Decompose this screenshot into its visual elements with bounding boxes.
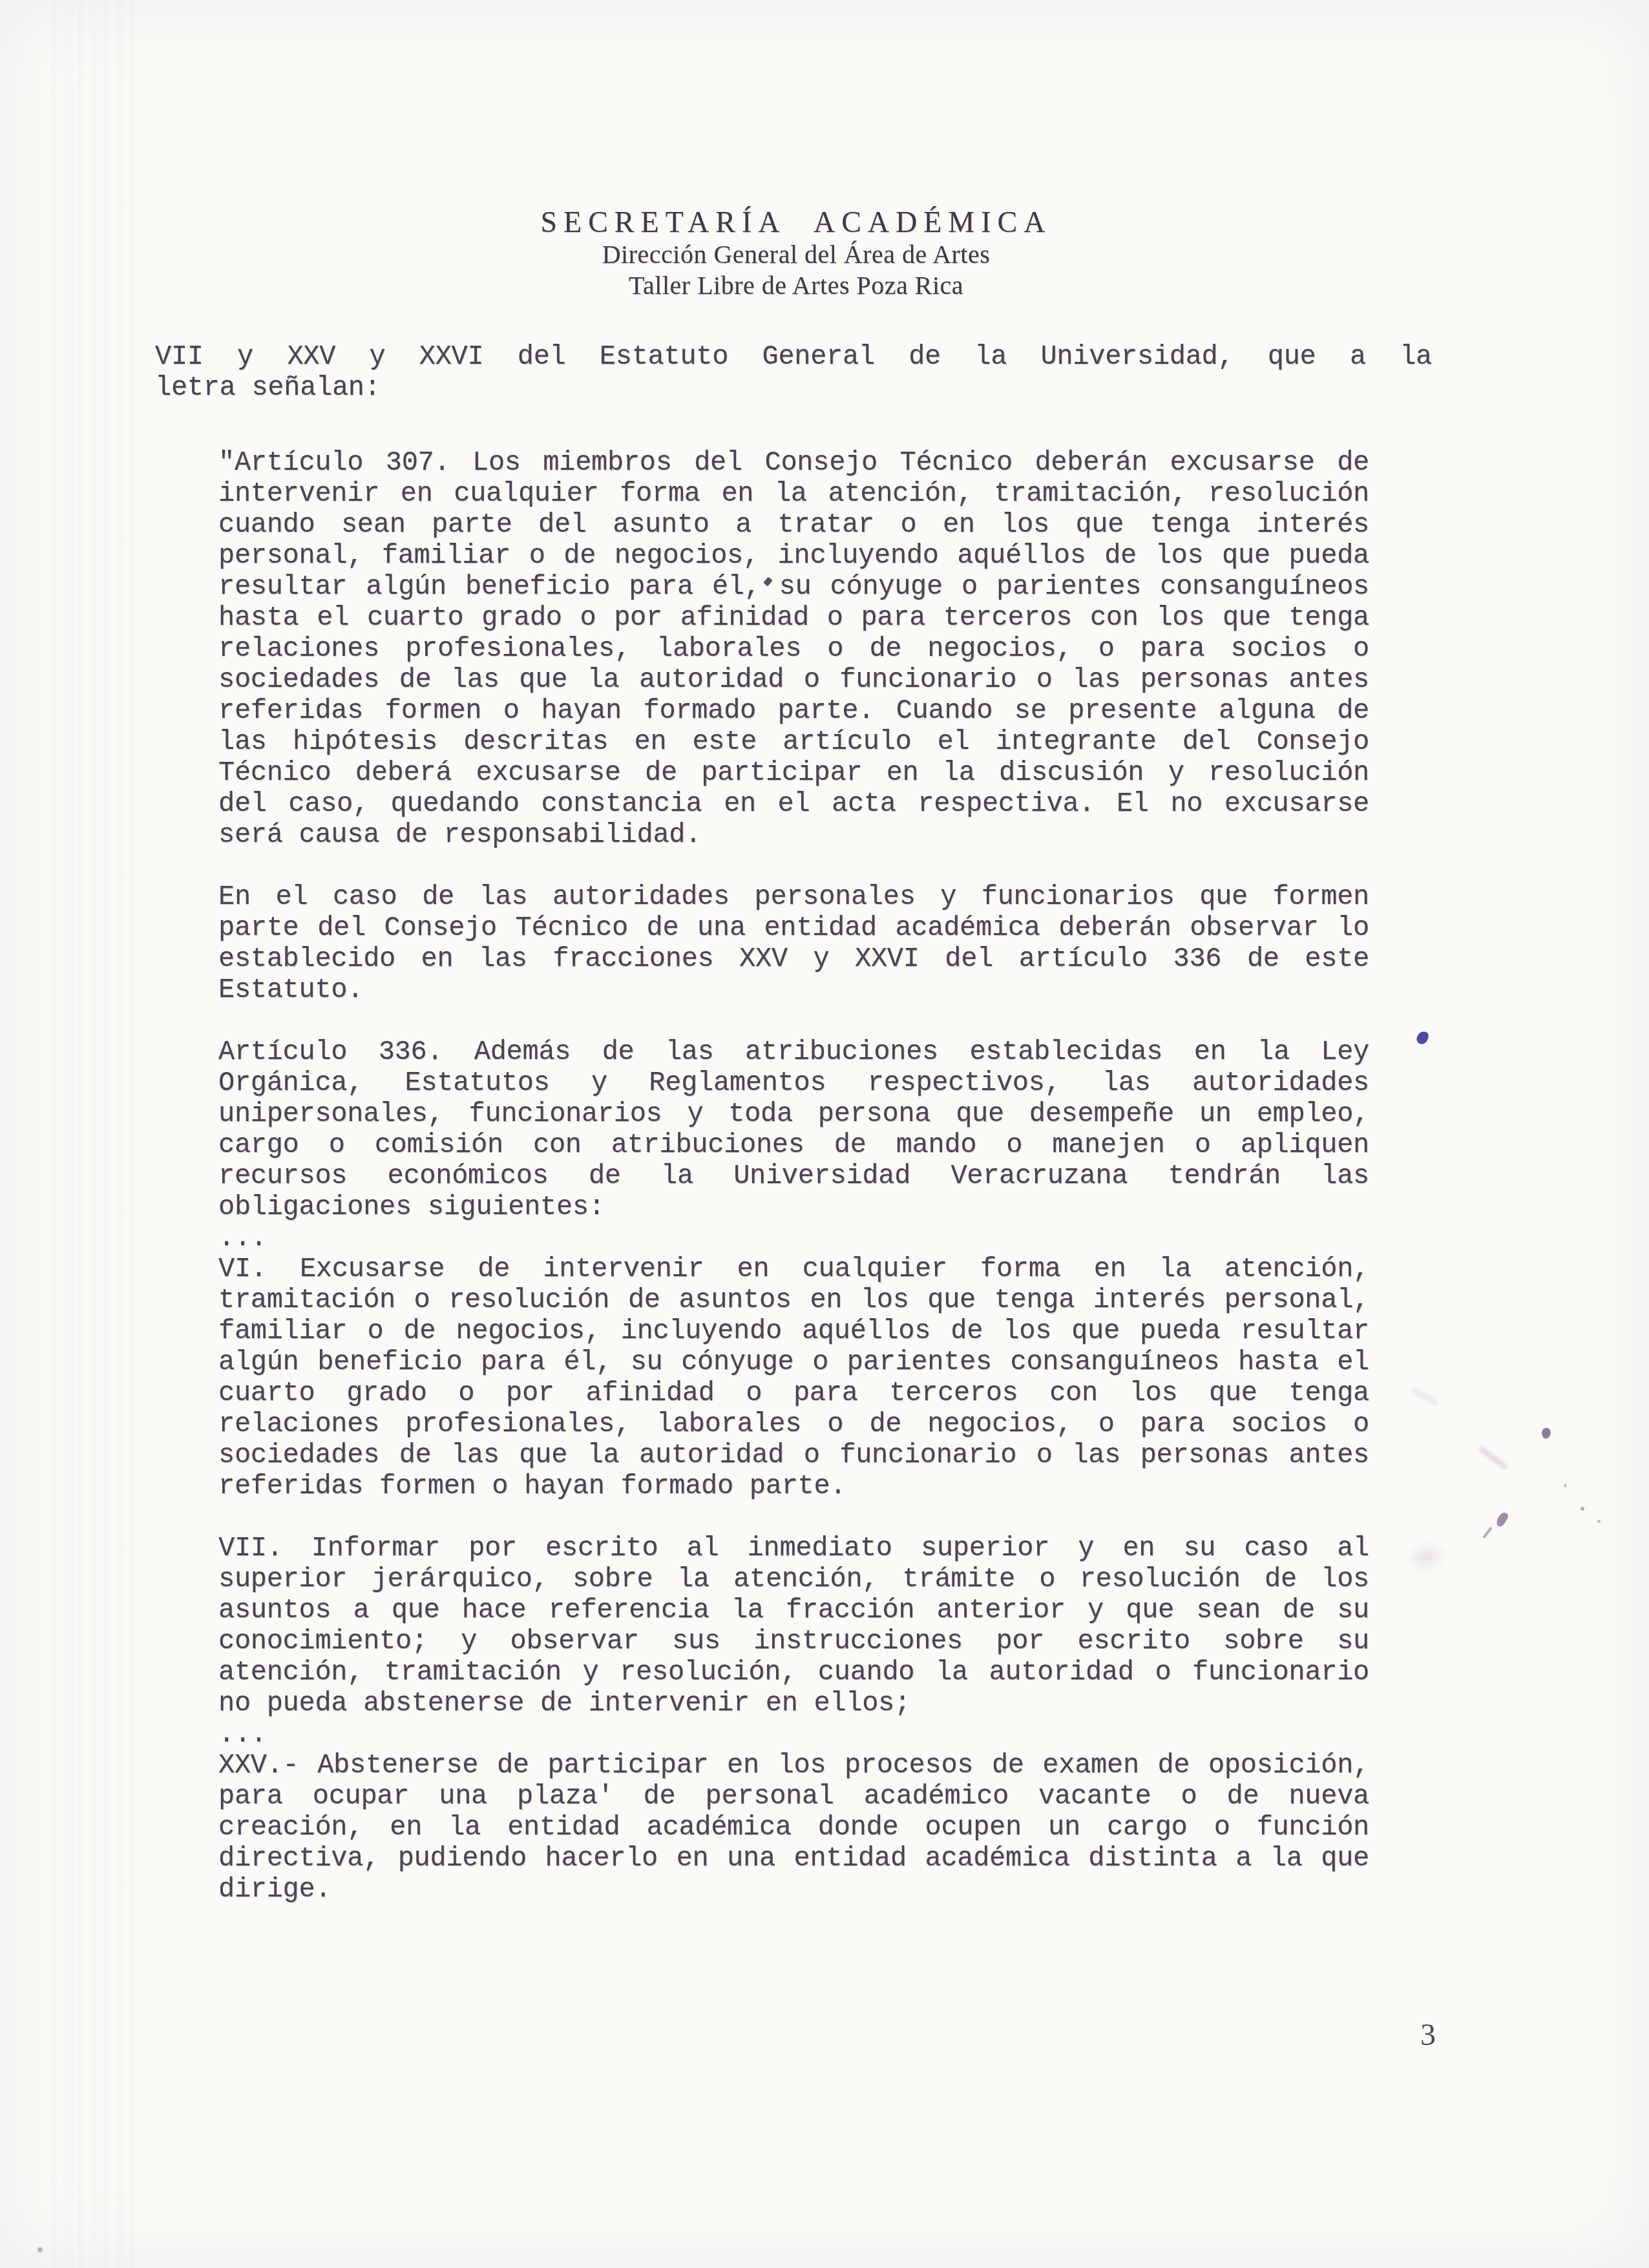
paragraph-fraccion-vi: VI. Excusarse de intervenir en cualquier…	[218, 1254, 1369, 1502]
text-line: relaciones profesionales, laborales o de…	[218, 633, 1369, 664]
text-line: letra señalan:	[155, 372, 1432, 403]
ink-speck	[1597, 1520, 1601, 1523]
paragraph-articulo-307: "Artículo 307. Los miembros del Consejo …	[218, 447, 1369, 850]
text-line: para ocupar una plaza' de personal acadé…	[218, 1781, 1369, 1812]
paragraph-autoridades-personales: En el caso de las autoridades personales…	[218, 881, 1369, 1005]
intro-paragraph: VII y XXV y XXVI del Estatuto General de…	[155, 341, 1432, 403]
text-line: cargo o comisión con atribuciones de man…	[218, 1129, 1369, 1160]
text-line: del caso, quedando constancia en el acta…	[218, 788, 1369, 819]
text-line: recursos económicos de la Universidad Ve…	[218, 1160, 1369, 1192]
text-line: cuando sean parte del asunto a tratar o …	[218, 509, 1369, 540]
text-line: dirige.	[218, 1874, 1369, 1905]
statute-quotation-block: "Artículo 307. Los miembros del Consejo …	[218, 447, 1369, 1905]
text-line: conocimiento; y observar sus instruccion…	[218, 1626, 1369, 1657]
letterhead-subtitle-taller: Taller Libre de Artes Poza Rica	[0, 270, 1621, 301]
text-line: directiva, pudiendo hacerlo en una entid…	[218, 1843, 1369, 1874]
paragraph-fraccion-xxv: XXV.- Abstenerse de participar en los pr…	[218, 1750, 1369, 1905]
text-line: VII y XXV y XXVI del Estatuto General de…	[155, 341, 1432, 372]
faint-ink-smudge	[1402, 1536, 1452, 1579]
ink-speck	[1540, 1427, 1551, 1440]
letterhead-subtitle-direccion: Dirección General del Área de Artes	[0, 239, 1621, 270]
text-line: unipersonales, funcionarios y toda perso…	[218, 1098, 1369, 1129]
text-line: Artículo 336. Además de las atribuciones…	[218, 1036, 1369, 1067]
text-line: VII. Informar por escrito al inmediato s…	[218, 1533, 1369, 1564]
text-line: Técnico deberá excusarse de participar e…	[218, 757, 1369, 788]
text-line: personal, familiar o de negocios, incluy…	[218, 540, 1369, 571]
text-line: algún beneficio para él, su cónyuge o pa…	[218, 1347, 1369, 1378]
paragraph-ellipsis-2: ...	[218, 1719, 1369, 1750]
ink-speck	[37, 2247, 43, 2252]
text-line: VI. Excusarse de intervenir en cualquier…	[218, 1254, 1369, 1285]
ink-speck-tail	[1482, 1527, 1492, 1538]
text-line: ...	[218, 1719, 1369, 1750]
text-line: Orgánica, Estatutos y Reglamentos respec…	[218, 1067, 1369, 1098]
text-line: creación, en la entidad académica donde …	[218, 1812, 1369, 1843]
text-line: Estatuto.	[218, 974, 1369, 1005]
text-line: atención, tramitación y resolución, cuan…	[218, 1657, 1369, 1688]
text-line: ...	[218, 1223, 1369, 1254]
blue-pen-ink-dot	[1415, 1030, 1429, 1045]
ink-speck	[1495, 1511, 1509, 1528]
text-line: sociedades de las que la autoridad o fun…	[218, 1440, 1369, 1471]
text-line: parte del Consejo Técnico de una entidad…	[218, 912, 1369, 943]
text-line: intervenir en cualquier forma en la aten…	[218, 478, 1369, 509]
paragraph-articulo-336: Artículo 336. Además de las atribuciones…	[218, 1036, 1369, 1223]
paragraph-fraccion-vii: VII. Informar por escrito al inmediato s…	[218, 1533, 1369, 1719]
text-line: resultar algún beneficio para él, su cón…	[218, 571, 1369, 602]
letterhead: SECRETARÍA ACADÉMICA Dirección General d…	[0, 205, 1621, 301]
text-line: referidas formen o hayan formado parte. …	[218, 695, 1369, 726]
text-line: hasta el cuarto grado o por afinidad o p…	[218, 602, 1369, 633]
text-line: no pueda abstenerse de intervenir en ell…	[218, 1688, 1369, 1719]
text-line: XXV.- Abstenerse de participar en los pr…	[218, 1750, 1369, 1781]
text-line: familiar o de negocios, incluyendo aquél…	[218, 1316, 1369, 1347]
text-line: superior jerárquico, sobre la atención, …	[218, 1564, 1369, 1595]
text-line: tramitación o resolución de asuntos en l…	[218, 1285, 1369, 1316]
text-line: cuarto grado o por afinidad o para terce…	[218, 1378, 1369, 1409]
ink-speck	[1564, 1484, 1567, 1487]
text-line: sociedades de las que la autoridad o fun…	[218, 664, 1369, 695]
page-number: 3	[1420, 2017, 1436, 2053]
text-line: En el caso de las autoridades personales…	[218, 881, 1369, 912]
letterhead-title: SECRETARÍA ACADÉMICA	[0, 205, 1621, 239]
text-line: las hipótesis descritas en este artículo…	[218, 726, 1369, 757]
text-line: relaciones profesionales, laborales o de…	[218, 1409, 1369, 1440]
text-line: establecido en las fracciones XXV y XXVI…	[218, 943, 1369, 974]
ink-speck	[1581, 1507, 1584, 1511]
text-line: será causa de responsabilidad.	[218, 819, 1369, 850]
text-line: referidas formen o hayan formado parte.	[218, 1471, 1369, 1502]
text-line: obligaciones siguientes:	[218, 1192, 1369, 1223]
faint-ink-streak	[1411, 1386, 1440, 1407]
paragraph-ellipsis-1: ...	[218, 1223, 1369, 1254]
scanned-document-page: SECRETARÍA ACADÉMICA Dirección General d…	[0, 0, 1649, 2268]
text-line: "Artículo 307. Los miembros del Consejo …	[218, 447, 1369, 478]
text-line: asuntos a que hace referencia la fracció…	[218, 1595, 1369, 1626]
faint-ink-streak	[1478, 1445, 1509, 1470]
